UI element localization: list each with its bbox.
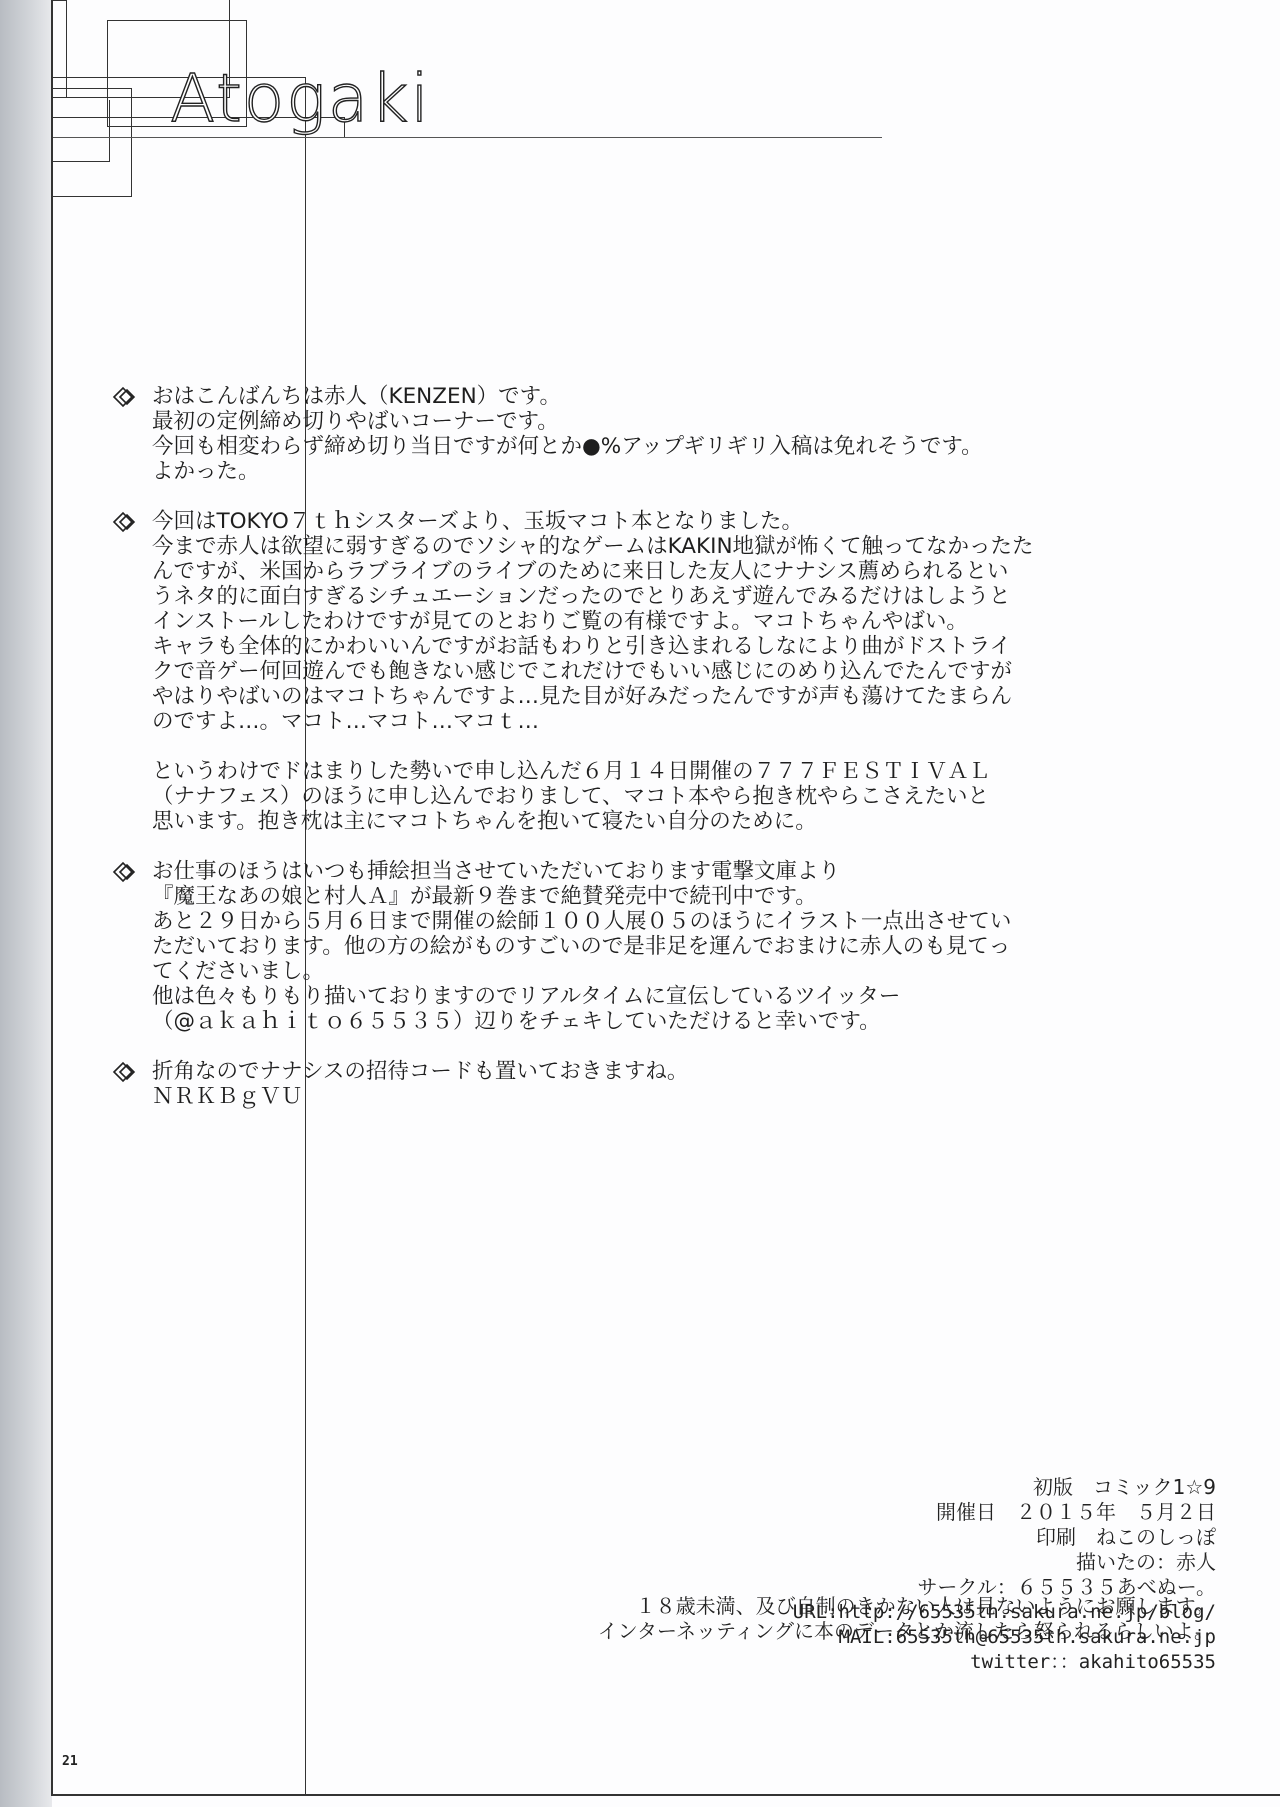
text-line: やはりやばいのはマコトちゃんですよ…見た目が好みだったんですが声も蕩けてたまらん (152, 684, 1112, 709)
blank-line (152, 734, 1112, 759)
text-line: んですが、米国からラブライブのライブのために来日した友人にナナシス薦められるとい (152, 559, 1112, 584)
text-line: クで音ゲー何回遊んでも飽きない感じでこれだけでもいい感じにのめり込んでたんですが (152, 659, 1112, 684)
text-line: お仕事のほうはいつも挿絵担当させていただいております電撃文庫より (152, 859, 1112, 884)
text-line: インストールしたわけですが見てのとおりご覧の有様ですよ。マコトちゃんやばい。 (152, 609, 1112, 634)
invite-code: ＮＲＫＢｇＶＵ (152, 1084, 1112, 1109)
section-greeting: おはこんばんちは赤人（KENZEN）です。 最初の定例締め切りやばいコーナーです… (112, 384, 1112, 484)
text-line: 今回はTOKYO７ｔｈシスターズより、玉坂マコト本となりました。 (152, 509, 1112, 534)
notice-line: インターネッティングに本のデータとか流したら怒られるらしいよ。 (598, 1619, 1214, 1644)
text-line: 今まで赤人は欲望に弱すぎるのでソシャ的なゲームはKAKIN地獄が怖くて触ってなか… (152, 534, 1112, 559)
afterword-body: おはこんばんちは赤人（KENZEN）です。 最初の定例締め切りやばいコーナーです… (112, 384, 1112, 1134)
colophon: 初版 コミック1☆9 開催日 ２０１５年 ５月２日 印刷 ねこのしっぽ 描いたの… (793, 1475, 1216, 1675)
section-work: お仕事のほうはいつも挿絵担当させていただいております電撃文庫より 『魔王なあの娘… (112, 859, 1112, 1034)
decorative-rectangle (53, 100, 110, 162)
text-line: うネタ的に面白すぎるシチュエーションだったのでとりあえず遊んでみるだけはしようと (152, 584, 1112, 609)
text-line: 思います。抱き枕は主にマコトちゃんを抱いて寝たい自分のために。 (152, 809, 1112, 834)
colophon-twitter: twitter：：akahito65535 (793, 1650, 1216, 1675)
text-line: （ナナフェス）のほうに申し込んでおりまして、マコト本やら抱き枕やらこさえたいと (152, 784, 1112, 809)
text-line: あと２９日から５月６日まで開催の絵師１００人展０５のほうにイラスト一点出させてい (152, 909, 1112, 934)
text-line: てくださいまし。 (152, 959, 1112, 984)
notice-line: １８歳未満、及び自制のきかない人は見ないようにお願します。 (598, 1594, 1214, 1619)
text-line: 折角なのでナナシスの招待コードも置いておきますね。 (152, 1059, 1112, 1084)
text-line: キャラも全体的にかわいいんですがお話もわりと引き込まれるしなにより曲がドストライ (152, 634, 1112, 659)
text-line: のですよ…。マコト…マコト…マコｔ… (152, 709, 1112, 734)
diamond-bullet-icon (112, 511, 138, 533)
colophon-artist: 描いたの：赤人 (793, 1550, 1216, 1575)
section-invite-code: 折角なのでナナシスの招待コードも置いておきますね。 ＮＲＫＢｇＶＵ (112, 1059, 1112, 1109)
text-line: というわけでドはまりした勢いで申し込んだ６月１４日開催の７７７ＦＥＳＴＩＶＡＬ (152, 759, 1112, 784)
text-line: （@ａｋａｈｉｔｏ６５５３５）辺りをチェキしていただけると幸いです。 (152, 1009, 1112, 1034)
colophon-printer: 印刷 ねこのしっぽ (793, 1525, 1216, 1550)
text-line: 『魔王なあの娘と村人Ａ』が最新９巻まで絶賛発売中で続刊中です。 (152, 884, 1112, 909)
text-line: 他は色々もりもり描いておりますのでリアルタイムに宣伝しているツイッター (152, 984, 1112, 1009)
diamond-bullet-icon (112, 861, 138, 883)
diamond-bullet-icon (112, 386, 138, 408)
age-notice: １８歳未満、及び自制のきかない人は見ないようにお願します。 インターネッティング… (598, 1594, 1214, 1644)
diamond-bullet-icon (112, 1061, 138, 1083)
title-underline (53, 137, 882, 138)
page-bottom-edge (51, 1794, 1280, 1796)
text-line: 今回も相変わらず締め切り当日ですが何とか●%アップギリギリ入稿は免れそうです。 (152, 434, 1112, 459)
page-number: 21 (62, 1754, 78, 1769)
book-page: Atogaki おはこんばんちは赤人（KENZEN）です。 最初の定例締め切りや… (0, 0, 1280, 1807)
text-line: おはこんばんちは赤人（KENZEN）です。 (152, 384, 1112, 409)
binding-shadow (0, 0, 52, 1807)
text-line: 最初の定例締め切りやばいコーナーです。 (152, 409, 1112, 434)
text-line: よかった。 (152, 459, 1112, 484)
colophon-event-date: 開催日 ２０１５年 ５月２日 (793, 1500, 1216, 1525)
text-line: ただいております。他の方の絵がものすごいので是非足を運んでおまけに赤人のも見てっ (152, 934, 1112, 959)
page-title: Atogaki (170, 66, 431, 132)
colophon-edition: 初版 コミック1☆9 (793, 1475, 1216, 1500)
section-tokyo7th: 今回はTOKYO７ｔｈシスターズより、玉坂マコト本となりました。 今まで赤人は欲… (112, 509, 1112, 834)
